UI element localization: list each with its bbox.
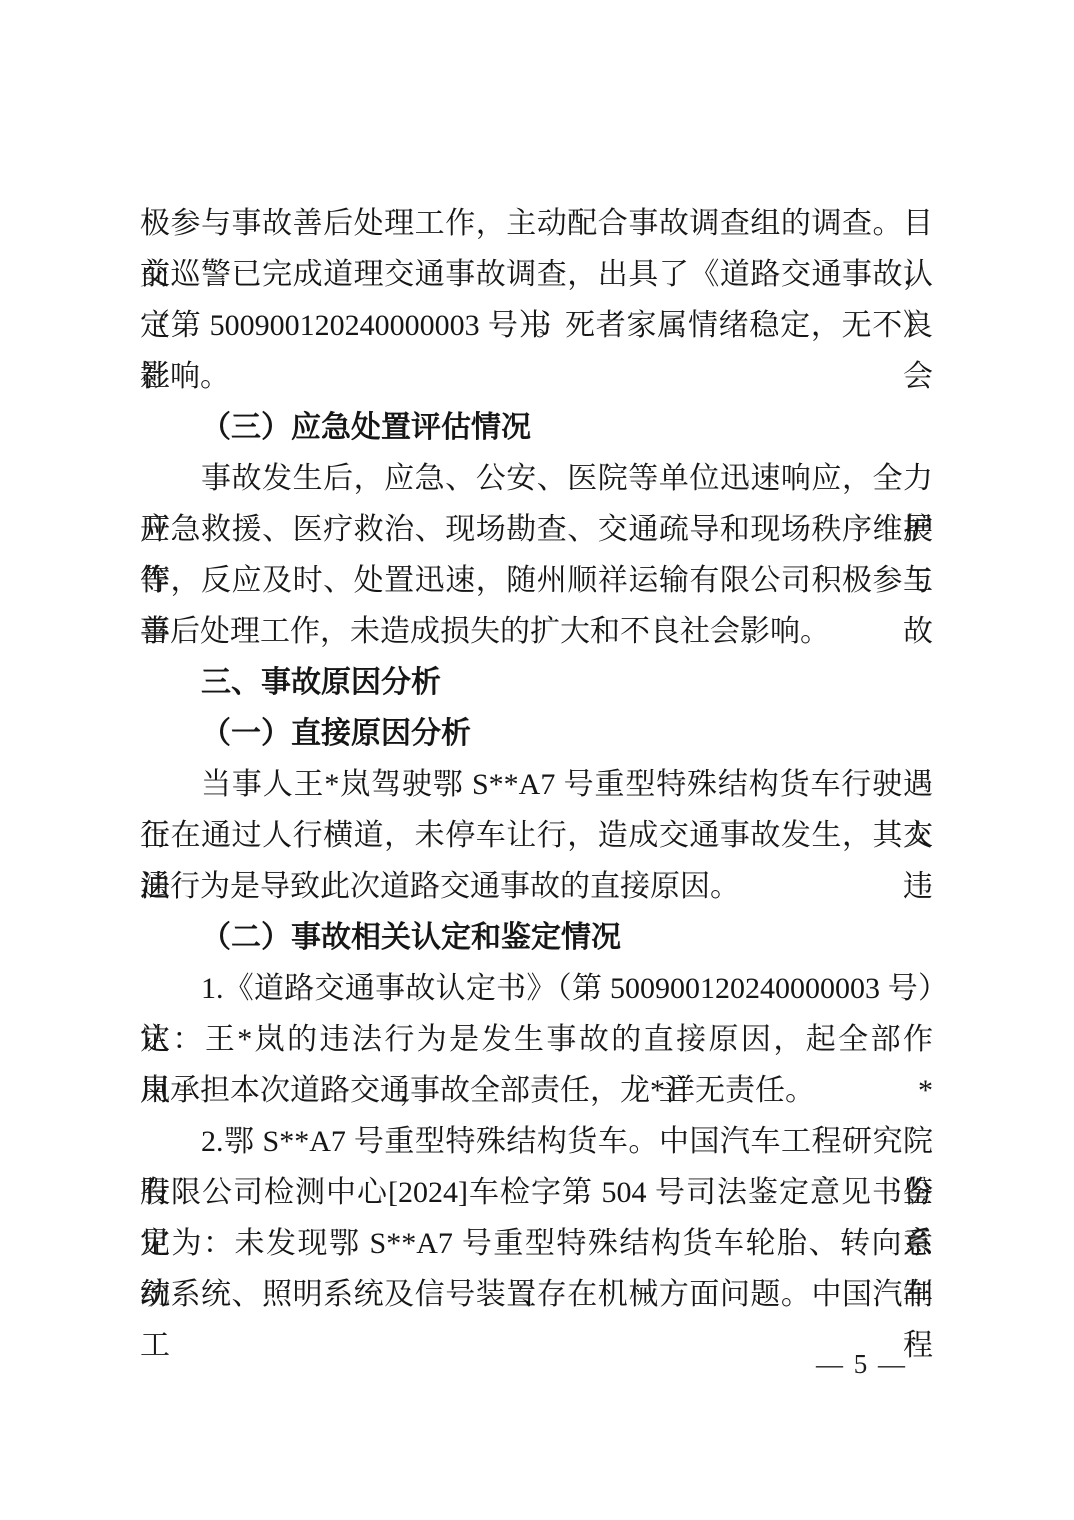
text-line: 动系统、照明系统及信号装置存在机械方面问题。中国汽车工程 xyxy=(140,1269,933,1320)
text-line: 1.《道路交通事故认定书》（第 500900120240000003 号）认 xyxy=(140,963,933,1014)
text-line: 有限公司检测中心[2024]车检字第 504 号司法鉴定意见书鉴定意 xyxy=(140,1167,933,1218)
text-line: 当事人王*岚驾驶鄂 S**A7 号重型特殊结构货车行驶遇行人 xyxy=(140,759,933,810)
text-line: 极参与事故善后处理工作，主动配合事故调查组的调查。目前， xyxy=(140,198,933,249)
text-line: 交巡警已完成道理交通事故调查，出具了《道路交通事故认定书》 xyxy=(140,249,933,300)
section-heading: （一）直接原因分析 xyxy=(140,708,933,759)
text-line: （第 500900120240000003 号）。死者家属情绪稳定，无不良社会 xyxy=(140,300,933,351)
text-line: 岚承担本次道路交通事故全部责任，龙*洋无责任。 xyxy=(140,1065,933,1116)
text-line: 事故发生后，应急、公安、医院等单位迅速响应，全力开展 xyxy=(140,453,933,504)
page-number: — 5 — xyxy=(816,1349,907,1379)
text-line: 定：王*岚的违法行为是发生事故的直接原因，起全部作用，王* xyxy=(140,1014,933,1065)
text-line: 见为：未发现鄂 S**A7 号重型特殊结构货车轮胎、转向系统、制 xyxy=(140,1218,933,1269)
section-heading: （三）应急处置评估情况 xyxy=(140,402,933,453)
text-line: 应急救援、医疗救治、现场勘查、交通疏导和现场秩序维护等工 xyxy=(140,504,933,555)
document-body: 极参与事故善后处理工作，主动配合事故调查组的调查。目前，交巡警已完成道理交通事故… xyxy=(140,198,933,1320)
section-heading: 三、事故原因分析 xyxy=(140,657,933,708)
section-heading: （二）事故相关认定和鉴定情况 xyxy=(140,912,933,963)
document-page: 极参与事故善后处理工作，主动配合事故调查组的调查。目前，交巡警已完成道理交通事故… xyxy=(0,0,1074,1520)
text-line: 正在通过人行横道，未停车让行，造成交通事故发生，其交通违 xyxy=(140,810,933,861)
text-line: 2.鄂 S**A7 号重型特殊结构货车。中国汽车工程研究院股份 xyxy=(140,1116,933,1167)
page-footer: — 5 — xyxy=(816,1348,907,1380)
text-line: 善后处理工作，未造成损失的扩大和不良社会影响。 xyxy=(140,606,933,657)
text-line: 作，反应及时、处置迅速，随州顺祥运输有限公司积极参与事故 xyxy=(140,555,933,606)
